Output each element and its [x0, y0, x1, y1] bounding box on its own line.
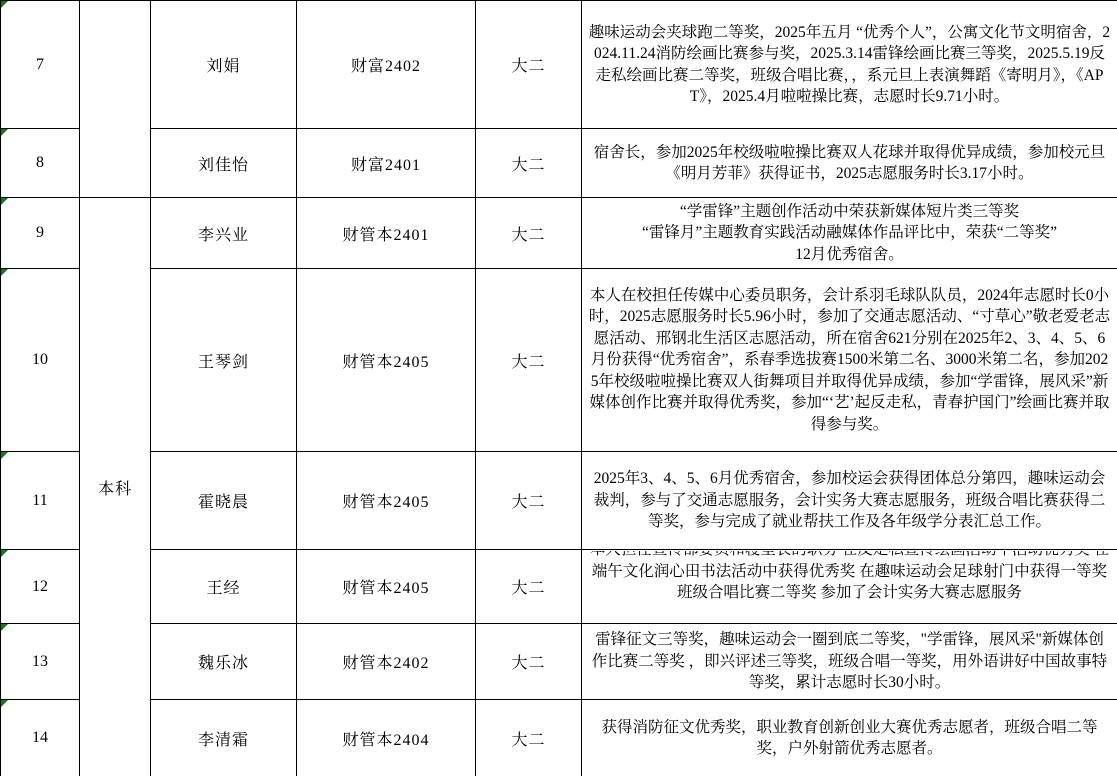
description-cell[interactable]: “学雷锋”主题创作活动中荣获新媒体短片类三等奖 “雷锋月”主题教育实践活动融媒体… — [582, 198, 1117, 269]
row-number-cell[interactable]: 10 — [1, 269, 80, 452]
description-cell[interactable]: 本人担任宣传部委员和寝室长的职务 在反走私宣传绘画活动中活动优秀奖 在端午文化润… — [582, 550, 1117, 624]
error-indicator-icon — [1, 198, 8, 205]
class-cell[interactable]: 财管本2405 — [297, 269, 476, 452]
grade-cell[interactable]: 大二 — [476, 452, 582, 550]
spreadsheet-view: 7刘娟财富2402大二趣味运动会夹球跑二等奖，2025年五月 “优秀个人”，公寓… — [0, 0, 1117, 776]
category-cell[interactable]: 本科 — [80, 198, 151, 776]
student-name-cell[interactable]: 魏乐冰 — [151, 624, 297, 700]
student-name-cell[interactable]: 刘佳怡 — [151, 129, 297, 198]
class-cell[interactable]: 财富2402 — [297, 1, 476, 129]
grade-cell[interactable]: 大二 — [476, 198, 582, 269]
description-text: 趣味运动会夹球跑二等奖，2025年五月 “优秀个人”，公寓文化节文明宿舍，202… — [582, 22, 1117, 108]
table-row: 10王琴剑财管本2405大二本人在校担任传媒中心委员职务，会计系羽毛球队队员，2… — [1, 269, 1117, 452]
student-name-cell[interactable]: 李兴业 — [151, 198, 297, 269]
student-name-cell[interactable]: 王经 — [151, 550, 297, 624]
description-text: 本人在校担任传媒中心委员职务，会计系羽毛球队队员，2024年志愿时长0小时，20… — [582, 285, 1117, 435]
student-name-cell[interactable]: 李清霜 — [151, 700, 297, 776]
description-cell[interactable]: 趣味运动会夹球跑二等奖，2025年五月 “优秀个人”，公寓文化节文明宿舍，202… — [582, 1, 1117, 129]
description-wrap: “学雷锋”主题创作活动中荣获新媒体短片类三等奖 “雷锋月”主题教育实践活动融媒体… — [582, 199, 1117, 268]
description-cell[interactable]: 本人在校担任传媒中心委员职务，会计系羽毛球队队员，2024年志愿时长0小时，20… — [582, 269, 1117, 452]
table-row: 8刘佳怡财富2401大二宿舍长，参加2025年校级啦啦操比赛双人花球并取得优异成… — [1, 129, 1117, 198]
row-number-cell[interactable]: 14 — [1, 700, 80, 776]
row-number-cell[interactable]: 12 — [1, 550, 80, 624]
description-text: 宿舍长，参加2025年校级啦啦操比赛双人花球并取得优异成绩，参加校元旦《明月芳菲… — [582, 142, 1117, 185]
row-number: 11 — [32, 492, 47, 509]
table-row: 13魏乐冰财管本2402大二雷锋征文三等奖，趣味运动会一圈到底二等奖，"学雷锋，… — [1, 624, 1117, 700]
class-cell[interactable]: 财管本2405 — [297, 452, 476, 550]
row-number: 13 — [32, 653, 48, 670]
description-cell[interactable]: 获得消防征文优秀奖，职业教育创新创业大赛优秀志愿者，班级合唱二等奖，户外射箭优秀… — [582, 700, 1117, 776]
grade-cell[interactable]: 大二 — [476, 1, 582, 129]
error-indicator-icon — [1, 452, 8, 459]
row-number-cell[interactable]: 9 — [1, 198, 80, 269]
grade-cell[interactable]: 大二 — [476, 269, 582, 452]
student-name-cell[interactable]: 刘娟 — [151, 1, 297, 129]
table-body: 7刘娟财富2402大二趣味运动会夹球跑二等奖，2025年五月 “优秀个人”，公寓… — [1, 1, 1117, 776]
category-cell-empty[interactable] — [80, 1, 151, 198]
row-number-cell[interactable]: 8 — [1, 129, 80, 198]
row-number: 8 — [36, 154, 44, 171]
table-row: 14李清霜财管本2404大二获得消防征文优秀奖，职业教育创新创业大赛优秀志愿者，… — [1, 700, 1117, 776]
grade-cell[interactable]: 大二 — [476, 700, 582, 776]
error-indicator-icon — [1, 1, 8, 8]
table-row: 12王经财管本2405大二本人担任宣传部委员和寝室长的职务 在反走私宣传绘画活动… — [1, 550, 1117, 624]
grade-cell[interactable]: 大二 — [476, 129, 582, 198]
row-number: 7 — [36, 56, 44, 73]
description-wrap: 趣味运动会夹球跑二等奖，2025年五月 “优秀个人”，公寓文化节文明宿舍，202… — [582, 2, 1117, 128]
class-cell[interactable]: 财富2401 — [297, 129, 476, 198]
student-awards-table: 7刘娟财富2402大二趣味运动会夹球跑二等奖，2025年五月 “优秀个人”，公寓… — [0, 0, 1117, 776]
table-row: 11霍晓晨财管本2405大二2025年3、4、5、6月优秀宿舍，参加校运会获得团… — [1, 452, 1117, 550]
row-number-cell[interactable]: 13 — [1, 624, 80, 700]
description-wrap: 宿舍长，参加2025年校级啦啦操比赛双人花球并取得优异成绩，参加校元旦《明月芳菲… — [582, 130, 1117, 197]
error-indicator-icon — [1, 129, 8, 136]
error-indicator-icon — [1, 624, 8, 631]
description-wrap: 本人担任宣传部委员和寝室长的职务 在反走私宣传绘画活动中活动优秀奖 在端午文化润… — [582, 551, 1117, 623]
description-cell[interactable]: 宿舍长，参加2025年校级啦啦操比赛双人花球并取得优异成绩，参加校元旦《明月芳菲… — [582, 129, 1117, 198]
table-row: 7刘娟财富2402大二趣味运动会夹球跑二等奖，2025年五月 “优秀个人”，公寓… — [1, 1, 1117, 129]
description-text: 本人担任宣传部委员和寝室长的职务 在反走私宣传绘画活动中活动优秀奖 在端午文化润… — [582, 551, 1117, 604]
row-number-cell[interactable]: 7 — [1, 1, 80, 129]
row-number: 14 — [32, 729, 48, 746]
description-cell[interactable]: 2025年3、4、5、6月优秀宿舍，参加校运会获得团体总分第四，趣味运动会裁判，… — [582, 452, 1117, 550]
class-cell[interactable]: 财管本2405 — [297, 550, 476, 624]
grade-cell[interactable]: 大二 — [476, 550, 582, 624]
description-wrap: 2025年3、4、5、6月优秀宿舍，参加校运会获得团体总分第四，趣味运动会裁判，… — [582, 453, 1117, 549]
description-cell[interactable]: 雷锋征文三等奖，趣味运动会一圈到底二等奖，"学雷锋，展风采"新媒体创作比赛二等奖… — [582, 624, 1117, 700]
category-label: 本科 — [98, 481, 132, 498]
table-row: 9本科李兴业财管本2401大二“学雷锋”主题创作活动中荣获新媒体短片类三等奖 “… — [1, 198, 1117, 269]
description-wrap: 本人在校担任传媒中心委员职务，会计系羽毛球队队员，2024年志愿时长0小时，20… — [582, 270, 1117, 451]
description-text: 雷锋征文三等奖，趣味运动会一圈到底二等奖，"学雷锋，展风采"新媒体创作比赛二等奖… — [582, 629, 1117, 693]
class-cell[interactable]: 财管本2402 — [297, 624, 476, 700]
row-number: 9 — [36, 224, 44, 241]
grade-cell[interactable]: 大二 — [476, 624, 582, 700]
student-name-cell[interactable]: 霍晓晨 — [151, 452, 297, 550]
row-number-cell[interactable]: 11 — [1, 452, 80, 550]
error-indicator-icon — [1, 550, 8, 557]
description-text: 获得消防征文优秀奖，职业教育创新创业大赛优秀志愿者，班级合唱二等奖，户外射箭优秀… — [582, 717, 1117, 760]
class-cell[interactable]: 财管本2401 — [297, 198, 476, 269]
row-number: 10 — [32, 351, 48, 368]
description-wrap: 获得消防征文优秀奖，职业教育创新创业大赛优秀志愿者，班级合唱二等奖，户外射箭优秀… — [582, 701, 1117, 776]
student-name-cell[interactable]: 王琴剑 — [151, 269, 297, 452]
description-text: 2025年3、4、5、6月优秀宿舍，参加校运会获得团体总分第四，趣味运动会裁判，… — [582, 468, 1117, 532]
description-text: “学雷锋”主题创作活动中荣获新媒体短片类三等奖 “雷锋月”主题教育实践活动融媒体… — [582, 201, 1117, 265]
error-indicator-icon — [1, 700, 8, 707]
error-indicator-icon — [1, 269, 8, 276]
class-cell[interactable]: 财管本2404 — [297, 700, 476, 776]
description-wrap: 雷锋征文三等奖，趣味运动会一圈到底二等奖，"学雷锋，展风采"新媒体创作比赛二等奖… — [582, 625, 1117, 699]
row-number: 12 — [32, 578, 48, 595]
